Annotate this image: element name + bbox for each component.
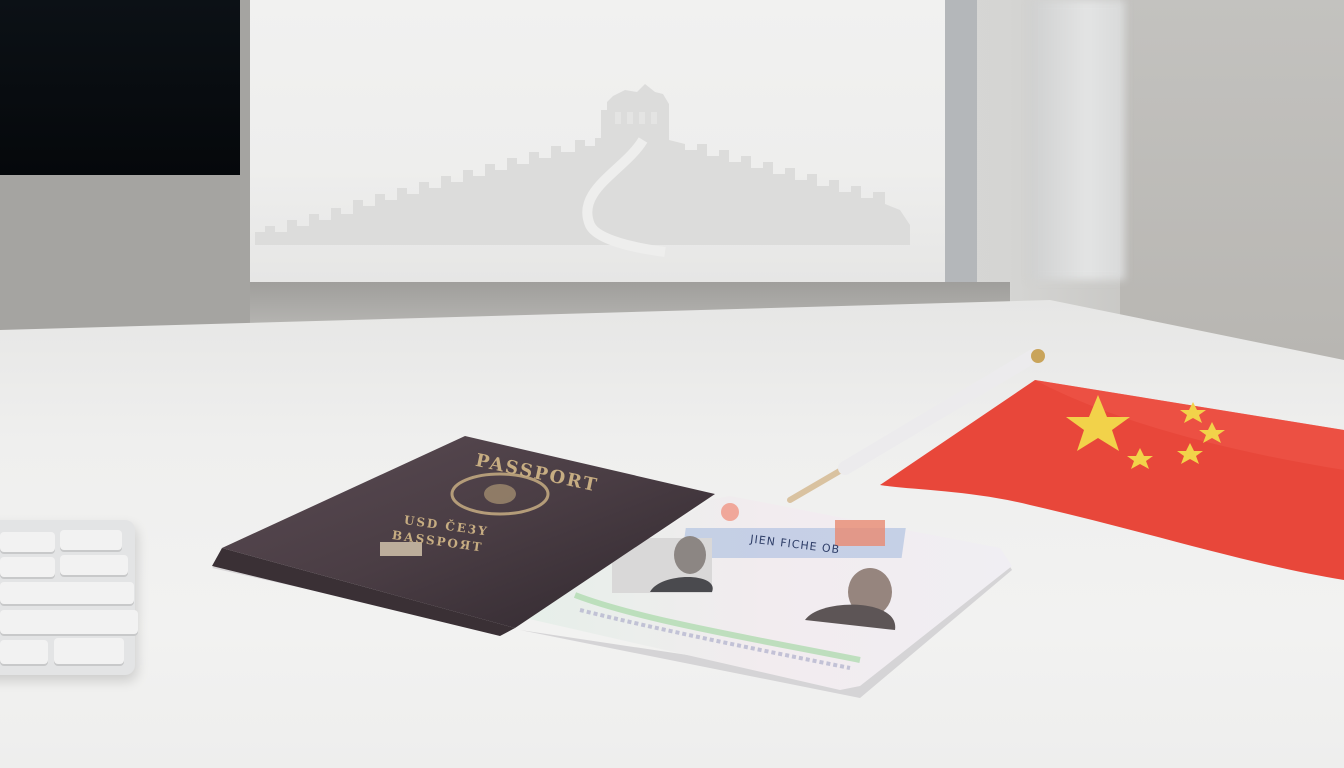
- passport: [0, 0, 1344, 768]
- photo-scene: PASSPORT USD ČE3Y ВАSSРОЯТ JIEN FICHE OB: [0, 0, 1344, 768]
